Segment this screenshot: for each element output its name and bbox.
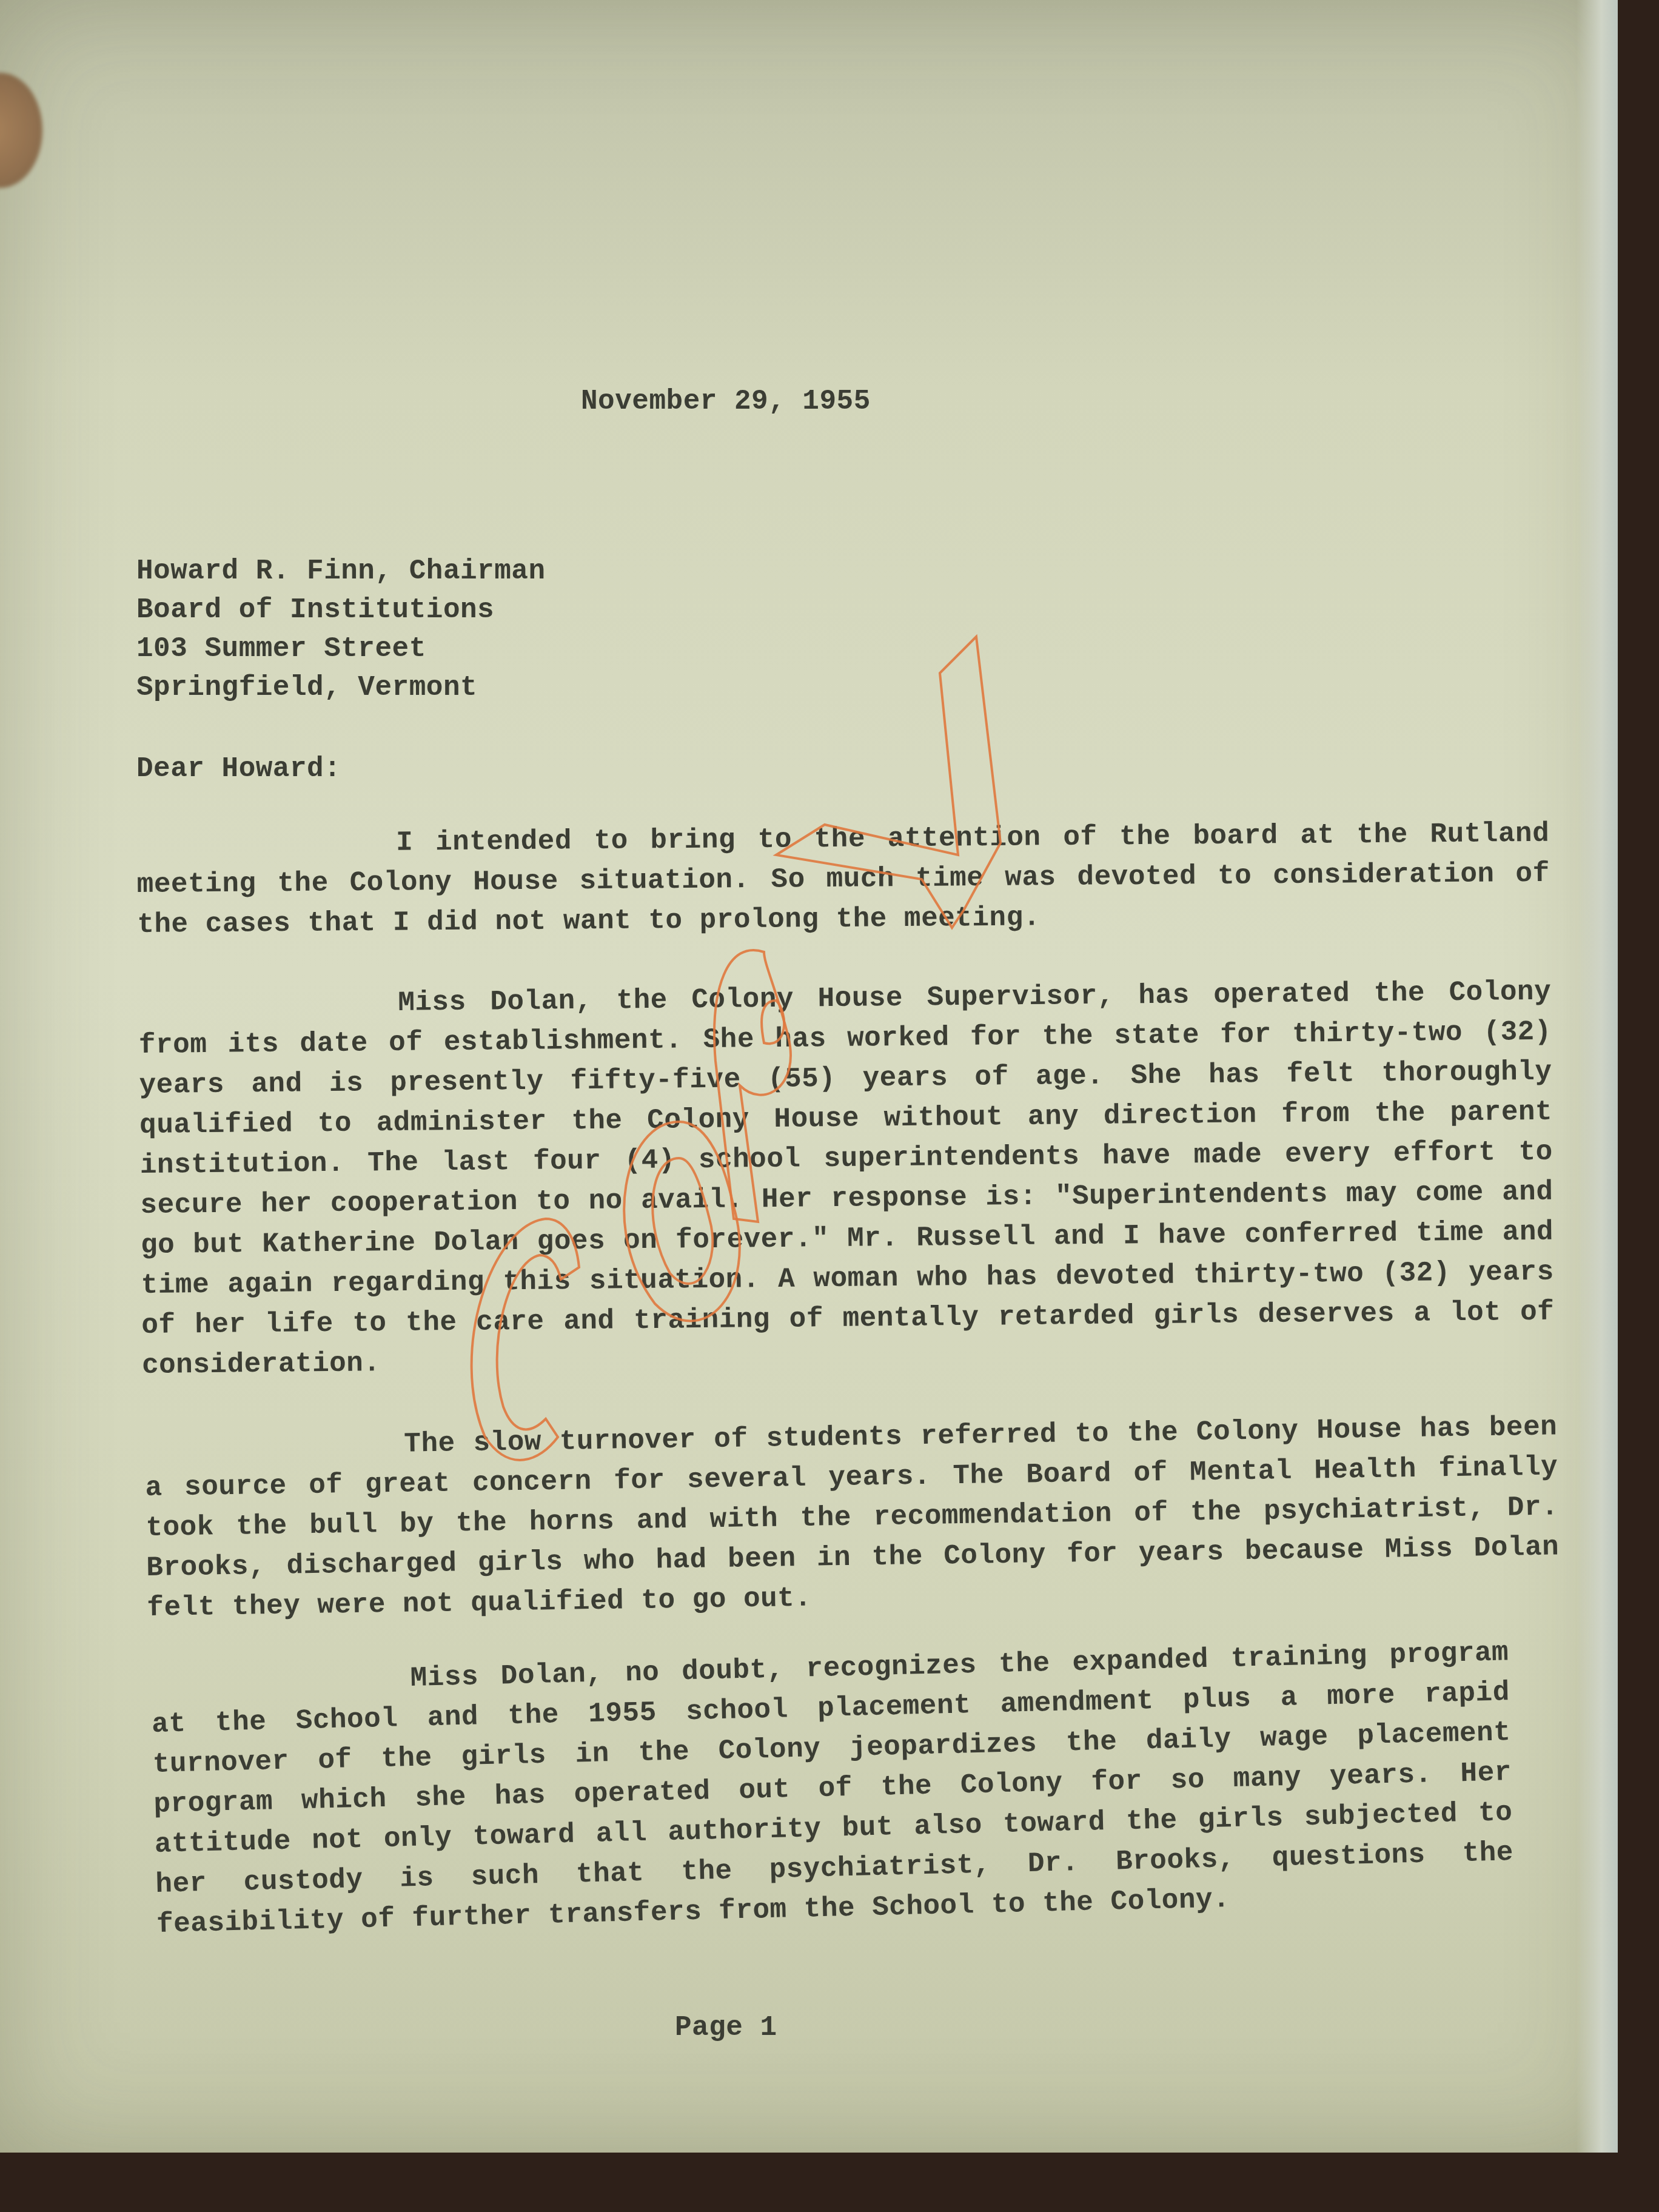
paragraph-4: Miss Dolan, no doubt, recognizes the exp… xyxy=(150,1632,1515,1945)
letter-date: November 29, 1955 xyxy=(581,386,871,417)
recipient-organization: Board of Institutions xyxy=(136,591,546,629)
recipient-city: Springfield, Vermont xyxy=(136,668,546,707)
page-number: Page 1 xyxy=(675,2012,777,2043)
paragraph-2: Miss Dolan, the Colony House Supervisor,… xyxy=(138,972,1555,1386)
recipient-address: Howard R. Finn, Chairman Board of Instit… xyxy=(136,552,546,707)
recipient-name: Howard R. Finn, Chairman xyxy=(136,552,546,591)
salutation: Dear Howard: xyxy=(136,753,341,785)
paragraph-1: I intended to bring to the attention of … xyxy=(136,814,1550,945)
letter: November 29, 1955 Howard R. Finn, Chairm… xyxy=(0,0,1618,2153)
paragraph-3: The slow turnover of students referred t… xyxy=(144,1407,1560,1628)
recipient-street: 103 Summer Street xyxy=(136,629,546,668)
